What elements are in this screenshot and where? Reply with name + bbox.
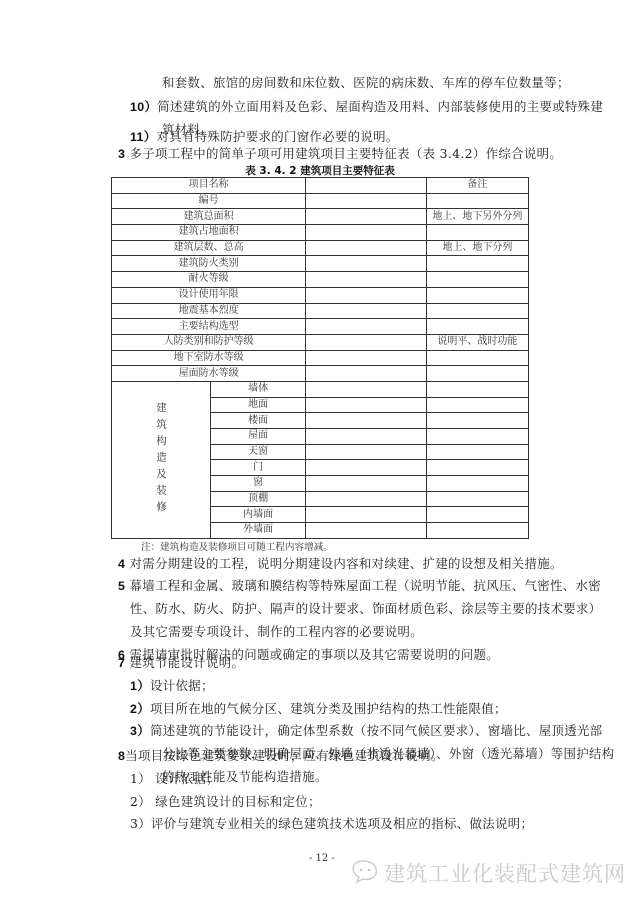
- row-value: [306, 287, 426, 303]
- feature-table: 项目名称 备注 编号 建筑总面积地上、地下另外分列 建筑占地面积 建筑层数、总高…: [111, 177, 529, 539]
- item-text: 项目所在地的气候分区、建筑分类及围护结构的热工性能限值；: [150, 701, 507, 716]
- row-remark: [426, 491, 528, 507]
- table-row: 主要结构选型: [112, 319, 529, 335]
- row-value: [306, 491, 426, 507]
- item-number: 1）: [130, 679, 150, 693]
- item-number: 7: [118, 656, 125, 670]
- watermark: 建筑工业化装配式建筑网: [384, 858, 626, 888]
- item-number: 10）: [130, 100, 157, 114]
- item-8: 8当项目按绿色建筑要求建设时，应有绿色建筑设计说明。: [118, 748, 444, 764]
- item-7-2: 2）项目所在地的气候分区、建筑分类及围护结构的热工性能限值；: [130, 701, 507, 717]
- row-value: [306, 429, 426, 445]
- row-name: 顶棚: [211, 491, 306, 507]
- item-number: 4: [118, 557, 125, 571]
- row-name: 耐火等级: [112, 272, 306, 288]
- row-remark: [426, 397, 528, 413]
- row-value: [306, 272, 426, 288]
- row-value: [306, 381, 426, 397]
- table-row: 建筑层数、总高地上、地下分列: [112, 240, 529, 256]
- row-remark: [426, 429, 528, 445]
- row-name: 编号: [112, 193, 306, 209]
- table-header-row: 项目名称 备注: [112, 178, 529, 194]
- row-name: 楼面: [211, 413, 306, 429]
- row-value: [306, 507, 426, 523]
- row-remark: [426, 193, 528, 209]
- item-8-1: 1） 设计依据；: [130, 771, 219, 787]
- item-10: 10）简述建筑的外立面用料及色彩、屋面构造及用料、内部装修使用的主要或特殊建: [130, 99, 603, 115]
- row-value: [306, 476, 426, 492]
- table-caption: 表 3. 4. 2 建筑项目主要特征表: [0, 163, 640, 178]
- item-5-line-2: 性、防水、防火、防护、隔声的设计要求、饰面材质色彩、涂层等主要的技术要求）: [130, 601, 601, 617]
- row-name: 屋面: [211, 429, 306, 445]
- row-remark: [426, 256, 528, 272]
- row-name: 屋面防水等级: [112, 366, 306, 382]
- row-value: [306, 523, 426, 539]
- item-number: 5: [118, 579, 125, 593]
- row-remark: [426, 303, 528, 319]
- row-name: 门: [211, 460, 306, 476]
- item-number: 3）: [130, 724, 150, 738]
- row-value: [306, 225, 426, 241]
- item-text: 当项目按绿色建筑要求建设时，应有绿色建筑设计说明。: [125, 748, 444, 763]
- item-text: 对具有特殊防护要求的门窗作必要的说明。: [157, 129, 399, 144]
- row-name: 建筑占地面积: [112, 225, 306, 241]
- table-row: 人防类别和防护等级说明平、战时功能: [112, 334, 529, 350]
- item-text: 多子项工程中的简单子项可用建筑项目主要特征表（表 3.4.2）作综合说明。: [130, 146, 563, 161]
- row-remark: [426, 460, 528, 476]
- table-row: 建筑防火类别: [112, 256, 529, 272]
- item-5: 5 幕墙工程和金属、玻璃和膜结构等特殊屋面工程（说明节能、抗风压、气密性、水密: [118, 578, 601, 594]
- row-name: 建筑层数、总高: [112, 240, 306, 256]
- item-7: 7 建筑节能设计说明。: [118, 655, 244, 671]
- table-row: 屋面防水等级: [112, 366, 529, 382]
- header-name: 项目名称: [112, 178, 306, 194]
- row-remark: [426, 350, 528, 366]
- row-value: [306, 240, 426, 256]
- row-value: [306, 256, 426, 272]
- row-value: [306, 193, 426, 209]
- table-row: 耐火等级: [112, 272, 529, 288]
- row-remark: [426, 523, 528, 539]
- row-value: [306, 397, 426, 413]
- row-remark: 地上、地下另外分列: [426, 209, 528, 225]
- table-row: 编号: [112, 193, 529, 209]
- item-7-3: 3）简述建筑的节能设计，确定体型系数（按不同气候区要求）、窗墙比、屋顶透光部: [130, 723, 602, 739]
- table-row: 地下室防水等级: [112, 350, 529, 366]
- row-remark: [426, 366, 528, 382]
- group-label: 建筑构造及装修: [112, 381, 211, 538]
- item-8-2: 2） 绿色建筑设计的目标和定位；: [130, 794, 321, 810]
- row-name: 建筑总面积: [112, 209, 306, 225]
- item-3: 3 多子项工程中的简单子项可用建筑项目主要特征表（表 3.4.2）作综合说明。: [118, 146, 562, 162]
- row-remark: [426, 319, 528, 335]
- table-row: 建筑总面积地上、地下另外分列: [112, 209, 529, 225]
- row-value: [306, 413, 426, 429]
- header-value: [306, 178, 426, 194]
- table-row: 建筑构造及装修 墙体: [112, 381, 529, 397]
- row-remark: [426, 225, 528, 241]
- item-11-line: 11）对具有特殊防护要求的门窗作必要的说明。: [130, 129, 399, 145]
- item-8-3: 3）评价与建筑专业相关的绿色建筑技术选项及相应的指标、做法说明；: [130, 816, 533, 832]
- row-name: 地震基本烈度: [112, 303, 306, 319]
- row-value: [306, 334, 426, 350]
- row-name: 外墙面: [211, 523, 306, 539]
- item-number: 11）: [130, 130, 157, 144]
- row-value: [306, 444, 426, 460]
- row-remark: [426, 507, 528, 523]
- row-name: 窗: [211, 476, 306, 492]
- header-remark: 备注: [426, 178, 528, 194]
- row-name: 地面: [211, 397, 306, 413]
- table-row: 地震基本烈度: [112, 303, 529, 319]
- row-name: 建筑防火类别: [112, 256, 306, 272]
- row-remark: [426, 413, 528, 429]
- row-value: [306, 350, 426, 366]
- wechat-icon: [350, 860, 380, 884]
- item-text: 简述建筑的节能设计，确定体型系数（按不同气候区要求）、窗墙比、屋顶透光部: [150, 723, 602, 738]
- row-remark: [426, 444, 528, 460]
- item-7-1: 1）设计依据；: [130, 678, 214, 694]
- item-text: 对需分期建设的工程，说明分期建设内容和对续建、扩建的设想及相关措施。: [130, 556, 563, 571]
- item-4: 4 对需分期建设的工程，说明分期建设内容和对续建、扩建的设想及相关措施。: [118, 556, 563, 572]
- row-value: [306, 366, 426, 382]
- row-remark: [426, 287, 528, 303]
- row-value: [306, 209, 426, 225]
- row-remark: [426, 476, 528, 492]
- row-remark: 地上、地下分列: [426, 240, 528, 256]
- item-text: 简述建筑的外立面用料及色彩、屋面构造及用料、内部装修使用的主要或特殊建: [157, 99, 603, 114]
- item-text: 建筑节能设计说明。: [130, 655, 245, 670]
- table-note: 注：建筑构造及装修项目可随工程内容增减。: [141, 539, 333, 553]
- table-row: 设计使用年限: [112, 287, 529, 303]
- row-remark: 说明平、战时功能: [426, 334, 528, 350]
- item-number: 3: [118, 147, 125, 161]
- item-number: 2）: [130, 702, 150, 716]
- row-remark: [426, 381, 528, 397]
- table-row: 建筑占地面积: [112, 225, 529, 241]
- row-value: [306, 303, 426, 319]
- row-value: [306, 460, 426, 476]
- row-name: 地下室防水等级: [112, 350, 306, 366]
- row-name: 设计使用年限: [112, 287, 306, 303]
- page-number: - 12 -: [309, 853, 335, 864]
- item-text: 幕墙工程和金属、玻璃和膜结构等特殊屋面工程（说明节能、抗风压、气密性、水密: [130, 578, 601, 593]
- row-name: 主要结构选型: [112, 319, 306, 335]
- continuation-line: 和套数、旅馆的房间数和床位数、医院的病床数、车库的停车位数量等；: [162, 75, 570, 91]
- row-name: 墙体: [211, 381, 306, 397]
- row-remark: [426, 272, 528, 288]
- row-name: 人防类别和防护等级: [112, 334, 306, 350]
- item-text: 设计依据；: [150, 678, 214, 693]
- row-name: 内墙面: [211, 507, 306, 523]
- row-value: [306, 319, 426, 335]
- item-5-line-3: 及其它需要专项设计、制作的工程内容的必要说明。: [130, 624, 423, 640]
- row-name: 天窗: [211, 444, 306, 460]
